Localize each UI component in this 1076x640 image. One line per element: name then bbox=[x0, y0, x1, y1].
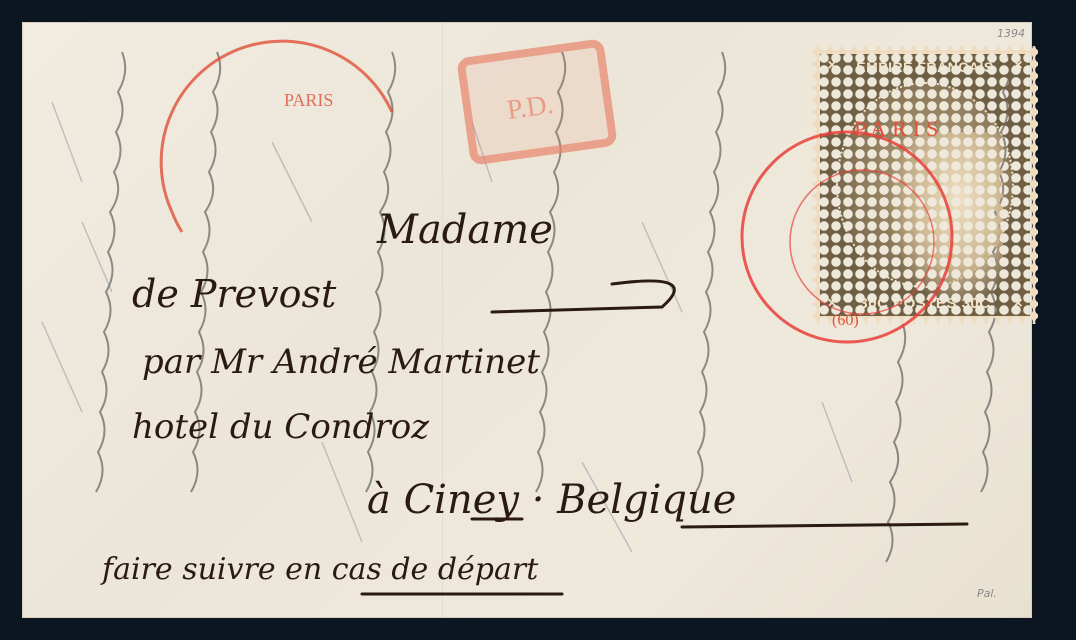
underlines bbox=[22, 22, 1032, 618]
pencil-note-bottom: Pal. bbox=[977, 587, 997, 600]
pencil-note-top: 1394 bbox=[997, 27, 1025, 40]
postal-cover: PARIS P.D. EMPIRE FRANCAIS 30C POSTES 30… bbox=[22, 22, 1032, 618]
